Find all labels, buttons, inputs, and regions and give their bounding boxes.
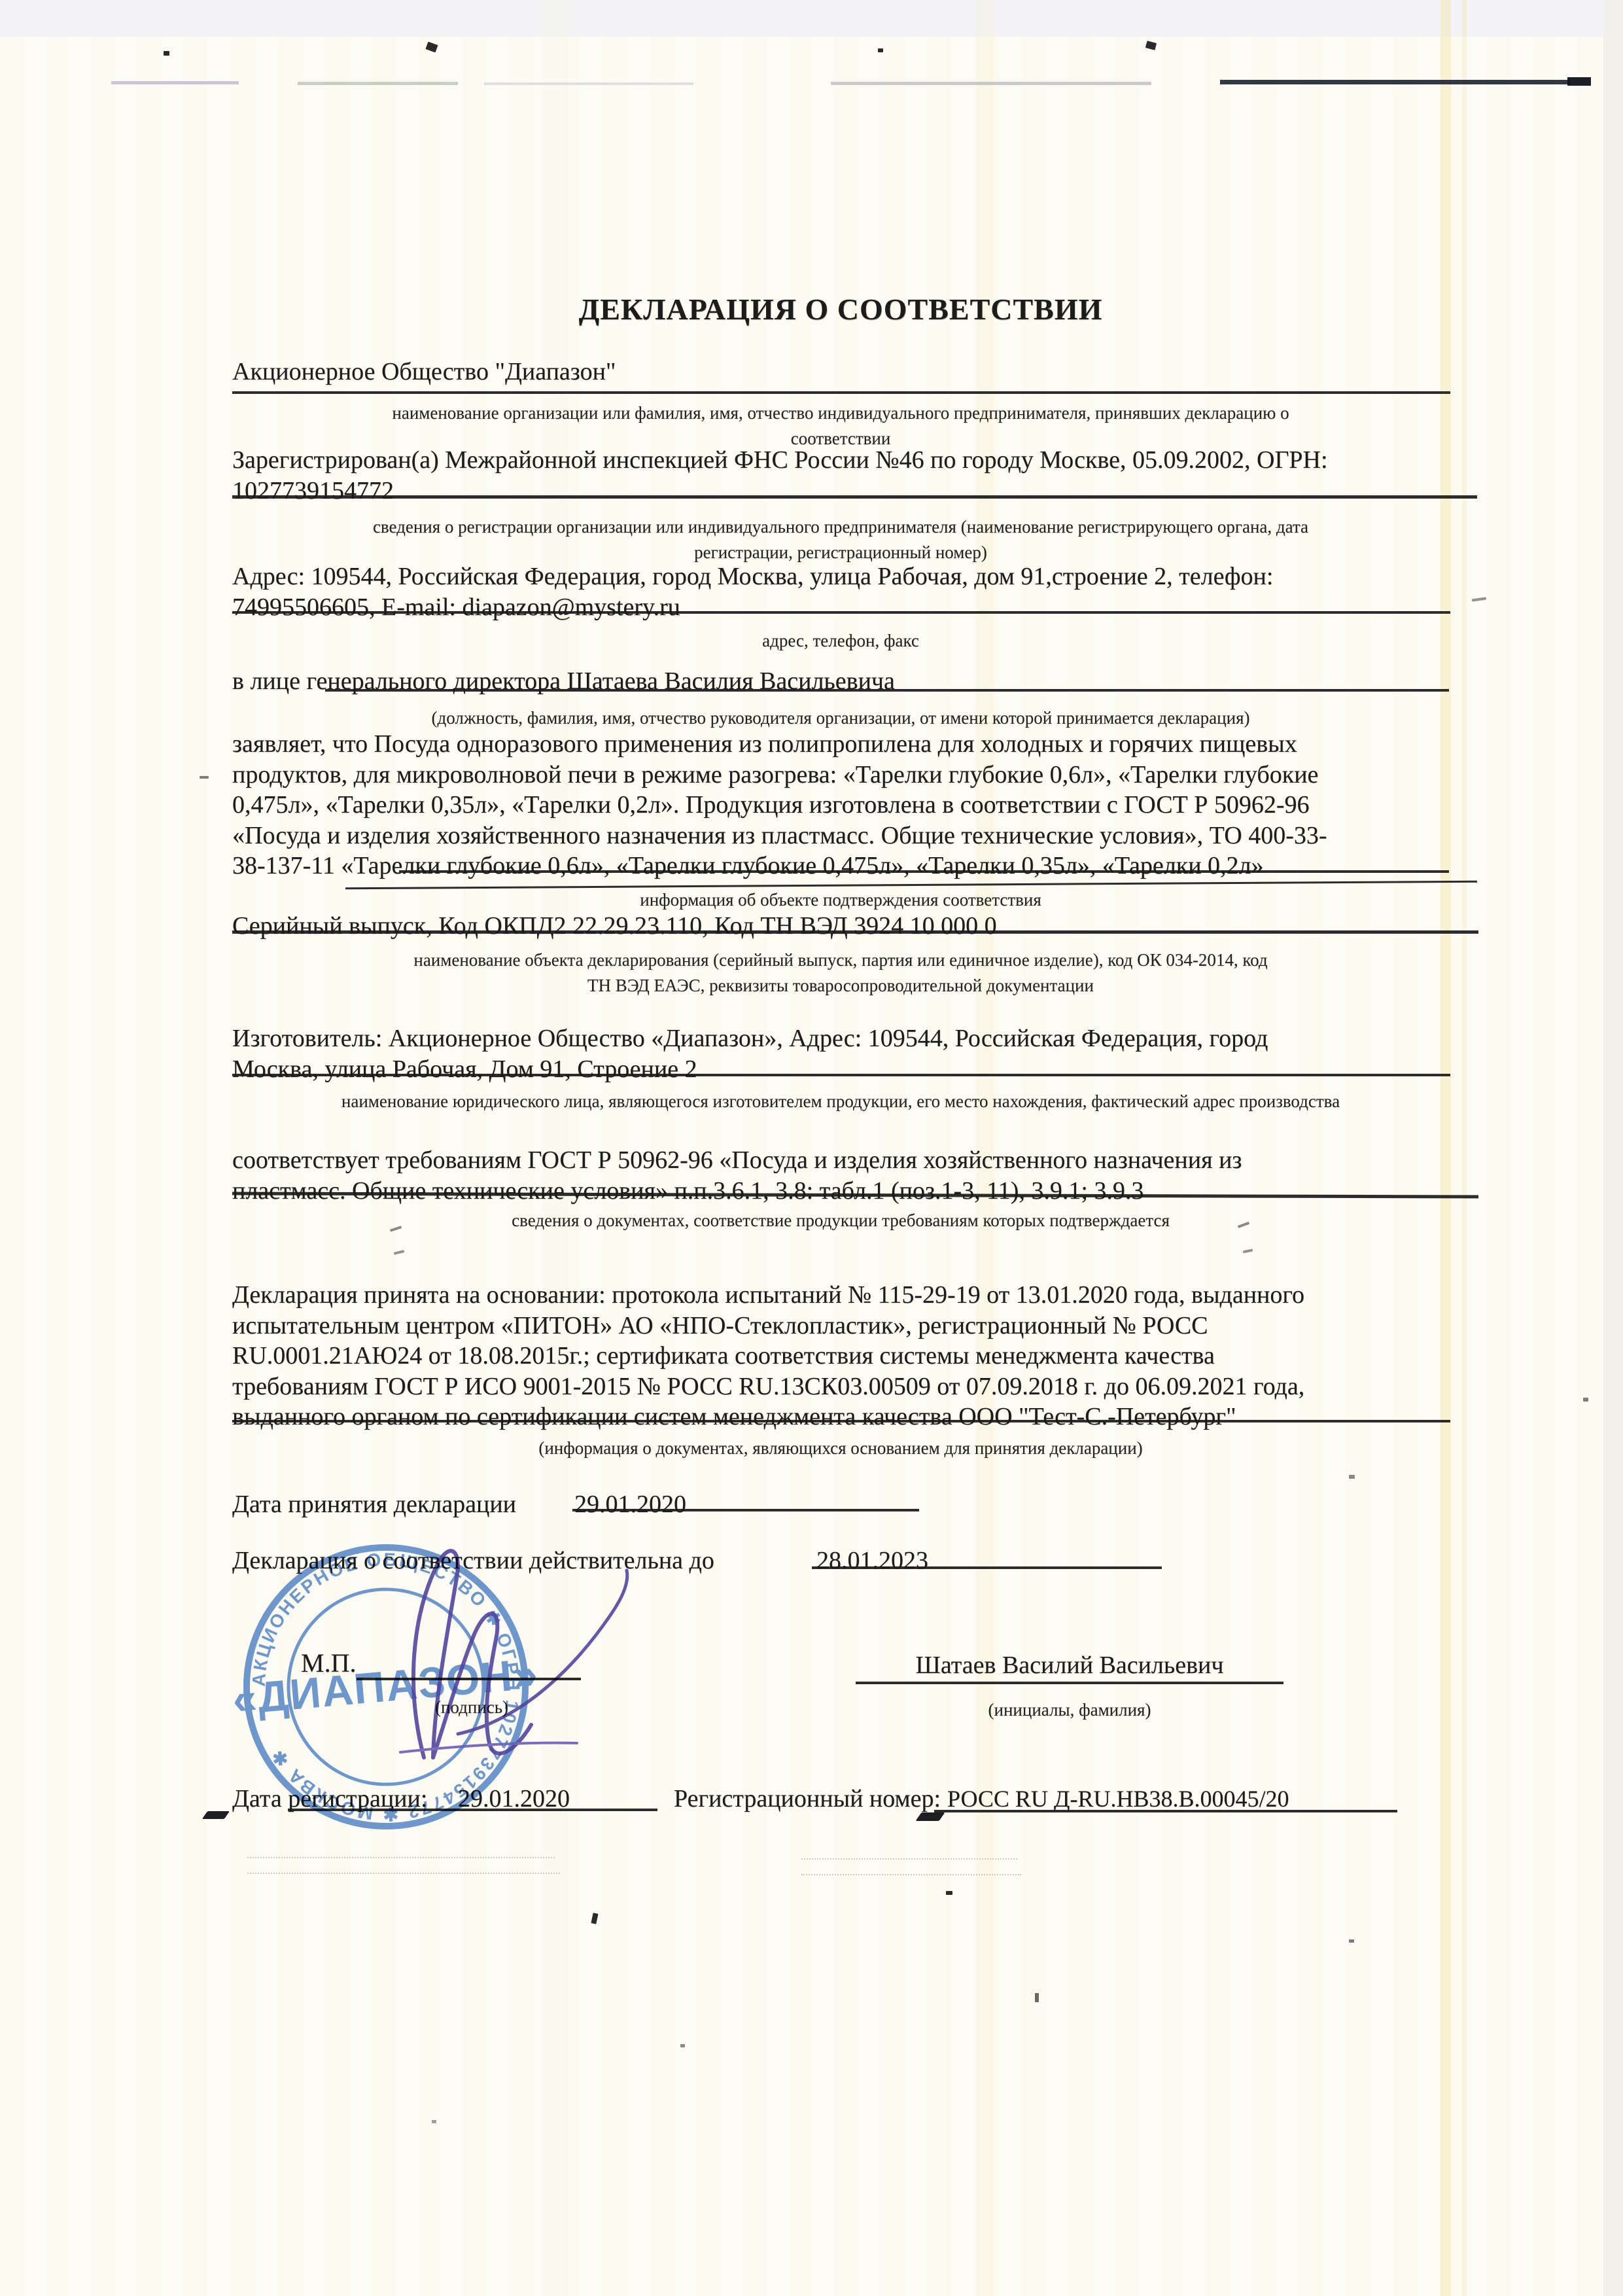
field-caption: наименование объекта декларирования (сер… xyxy=(232,947,1449,998)
name-caption: (инициалы, фамилия) xyxy=(850,1697,1289,1723)
caption-line: наименование объекта декларирования (сер… xyxy=(232,947,1449,973)
scan-speck xyxy=(1472,597,1486,601)
field-value-line: Декларация принята на основании: протоко… xyxy=(232,1280,1449,1311)
field-product-info: заявляет, что Посуда одноразового примен… xyxy=(232,729,1449,881)
scan-artifact-line xyxy=(1220,80,1570,84)
scan-speck xyxy=(394,1250,404,1255)
field-value-line: «Посуда и изделия хозяйственного назначе… xyxy=(232,821,1449,851)
scan-artifact-line xyxy=(484,82,693,85)
field-value-line: 38-137-11 «Тарелки глубокие 0,6л», «Таре… xyxy=(232,851,1449,881)
field-value-line: испытательным центром «ПИТОН» АО «НПО-Ст… xyxy=(232,1311,1449,1341)
field-declarant-name: Акционерное Общество "Диапазон" xyxy=(232,357,1449,387)
scan-speck xyxy=(200,776,209,779)
signature-caption: (подпись) xyxy=(364,1695,580,1720)
signature-rule xyxy=(357,1678,581,1680)
field-value-line: соответствует требованиям ГОСТ Р 50962-9… xyxy=(232,1145,1449,1176)
registration-number-label: Регистрационный номер: xyxy=(674,1784,941,1814)
field-rule xyxy=(325,689,1449,692)
field-value-line: в лице генерального директора Шатаева Ва… xyxy=(232,666,1449,697)
caption-line: ТН ВЭД ЕАЭС, реквизиты товаросопроводите… xyxy=(232,973,1449,998)
caption-line: сведения о документах, соответствие прод… xyxy=(232,1208,1449,1233)
field-rule xyxy=(572,1509,919,1511)
field-value-line: Серийный выпуск, Код ОКПД2 22.29.23.110,… xyxy=(232,911,1449,942)
field-representative: в лице генерального директора Шатаева Ва… xyxy=(232,666,1449,697)
scan-speck xyxy=(1243,1248,1253,1253)
field-value-line: заявляет, что Посуда одноразового примен… xyxy=(232,729,1449,760)
scan-speck xyxy=(432,2120,436,2123)
handwritten-signature xyxy=(400,1551,627,1757)
scan-speck xyxy=(1145,41,1157,50)
scan-speck xyxy=(1349,1475,1355,1479)
scan-speck xyxy=(425,42,438,53)
scan-streak xyxy=(1462,0,1467,2296)
scan-faint-line xyxy=(801,1874,1021,1875)
validity-label: Декларация о соответствии действительна … xyxy=(232,1545,714,1576)
field-value-line: RU.0001.21АЮ24 от 18.08.2015г.; сертифик… xyxy=(232,1341,1449,1371)
field-basis-documents: Декларация принята на основании: протоко… xyxy=(232,1280,1449,1432)
caption-line: информация об объекте подтверждения соот… xyxy=(232,887,1449,913)
field-caption: сведения о регистрации организации или и… xyxy=(232,514,1449,565)
field-caption: наименование организации или фамилия, им… xyxy=(232,400,1449,451)
scan-artifact-line xyxy=(298,82,458,85)
field-value-line: 1027739154772 xyxy=(232,476,1449,506)
scan-artifact-line xyxy=(111,81,239,84)
scan-speck xyxy=(164,51,169,56)
scan-speck xyxy=(878,48,883,52)
field-rule xyxy=(288,1809,657,1811)
field-caption: (должность, фамилия, имя, отчество руков… xyxy=(232,705,1449,731)
caption-line: (должность, фамилия, имя, отчество руков… xyxy=(232,705,1449,731)
caption-line: адрес, телефон, факс xyxy=(232,628,1449,654)
caption-line: сведения о регистрации организации или и… xyxy=(232,514,1449,540)
scan-smudge xyxy=(202,1811,230,1819)
field-value-line: 0,475л», «Тарелки 0,35л», «Тарелки 0,2л»… xyxy=(232,790,1449,821)
field-value-line: требованиям ГОСТ Р ИСО 9001-2015 № РОСС … xyxy=(232,1371,1449,1402)
scan-speck xyxy=(1035,1993,1039,2002)
field-value-line: Зарегистрирован(а) Межрайонной инспекцие… xyxy=(232,445,1449,476)
field-caption: сведения о документах, соответствие прод… xyxy=(232,1208,1449,1233)
scan-artifact-line xyxy=(831,82,1151,85)
field-caption: наименование юридического лица, являющег… xyxy=(232,1089,1449,1114)
field-value-line: Москва, улица Рабочая, Дом 91, Строение … xyxy=(232,1054,1449,1085)
field-rule xyxy=(232,495,1477,499)
scan-faint-line xyxy=(801,1858,1017,1860)
scan-faint-line xyxy=(247,1857,555,1858)
scan-speck xyxy=(1583,1398,1588,1402)
seal-place-label: М.П. xyxy=(301,1648,356,1678)
scan-edge-shade xyxy=(0,0,1623,37)
scan-edge-shade xyxy=(1603,0,1623,2296)
scanned-declaration-document: ДЕКЛАРАЦИЯ О СООТВЕТСТВИИ Акционерное Об… xyxy=(0,0,1623,2296)
field-rule xyxy=(934,1810,1397,1812)
scan-faint-line xyxy=(247,1873,560,1874)
field-rule xyxy=(232,930,1478,934)
validity-date-value: 28.01.2023 xyxy=(816,1545,928,1576)
scan-speck xyxy=(1349,1939,1354,1943)
field-rule xyxy=(399,870,1449,873)
name-rule xyxy=(856,1682,1283,1684)
field-caption: (информация о документах, являющихся осн… xyxy=(232,1436,1449,1461)
field-value-line: Акционерное Общество "Диапазон" xyxy=(232,357,1449,387)
field-value-line: Изготовитель: Акционерное Общество «Диап… xyxy=(232,1023,1449,1054)
caption-line: (информация о документах, являющихся осн… xyxy=(232,1436,1449,1461)
field-value-line: выданного органом по сертификации систем… xyxy=(232,1402,1449,1432)
adoption-date-value: 29.01.2020 xyxy=(574,1489,686,1520)
adoption-date-label: Дата принятия декларации xyxy=(232,1489,516,1520)
field-caption: информация об объекте подтверждения соот… xyxy=(232,887,1449,913)
signatory-name: Шатаев Василий Васильевич xyxy=(850,1650,1289,1681)
field-value-line: Адрес: 109544, Российская Федерация, гор… xyxy=(232,561,1449,592)
field-value-line: пластмасс. Общие технические условия» п.… xyxy=(232,1176,1449,1207)
document-title: ДЕКЛАРАЦИЯ О СООТВЕТСТВИИ xyxy=(232,292,1449,327)
scan-speck xyxy=(946,1891,952,1895)
field-value-line: продуктов, для микроволновой печи в режи… xyxy=(232,760,1449,790)
field-rule xyxy=(232,391,1450,394)
field-rule xyxy=(812,1566,1162,1569)
field-value-line: 74995506605, E-mail: diapazon@mystery.ru xyxy=(232,592,1449,623)
field-rule xyxy=(232,1420,1450,1422)
field-rule xyxy=(232,611,1450,614)
field-declaration-object: Серийный выпуск, Код ОКПД2 22.29.23.110,… xyxy=(232,911,1449,942)
caption-line: наименование организации или фамилия, им… xyxy=(232,400,1449,426)
scan-artifact-mark xyxy=(1567,77,1591,86)
field-caption: адрес, телефон, факс xyxy=(232,628,1449,654)
caption-line: наименование юридического лица, являющег… xyxy=(232,1089,1449,1114)
scan-speck xyxy=(680,2044,685,2047)
field-rule xyxy=(232,1074,1450,1076)
scan-speck xyxy=(591,1913,598,1924)
